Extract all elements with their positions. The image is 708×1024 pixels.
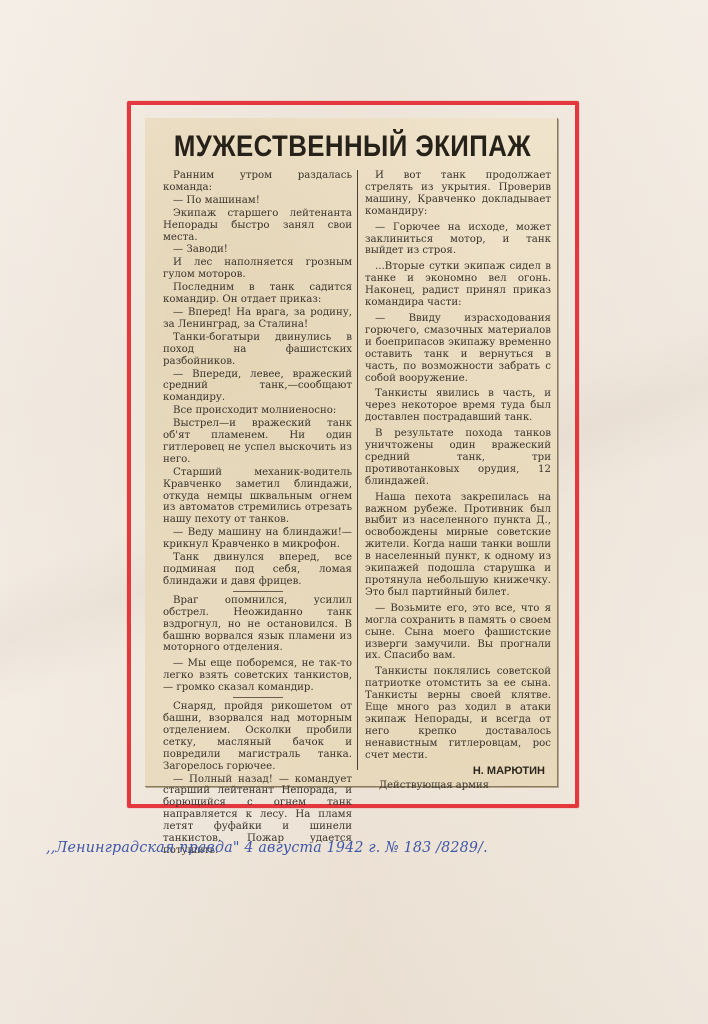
paragraph: — Горючее на исходе, может заклиниться м… [365, 222, 551, 258]
paragraph: Танк двинулся вперед, все подминая под с… [163, 552, 352, 588]
paragraph: Наша пехота закрепилась на важном рубеже… [365, 492, 551, 599]
paragraph: Враг опомнился, усилил обстрел. Неожидан… [163, 595, 352, 655]
paragraph: Танкисты явились в часть, и через некото… [365, 388, 551, 424]
paragraph: Снаряд, пройдя рикошетом от башни, взорв… [163, 701, 352, 772]
article-right-column: И вот танк продолжает стрелять из укрыти… [365, 170, 551, 791]
paragraph: — Ввиду израсходования горючего, смазочн… [365, 313, 551, 384]
paragraph: — По машинам! [163, 195, 352, 207]
article-headline: МУЖЕСТВЕННЫЙ ЭКИПАЖ [174, 130, 528, 164]
paragraph: — Мы еще поборемся, не так-то легко взят… [163, 658, 352, 694]
paragraph: Последним в танк садится командир. Он от… [163, 282, 352, 306]
section-rule [233, 591, 283, 592]
paragraph: И вот танк продолжает стрелять из укрыти… [365, 170, 551, 218]
paragraph: Ранним утром раздалась команда: [163, 170, 352, 194]
newspaper-clipping: МУЖЕСТВЕННЫЙ ЭКИПАЖ Ранним утром раздала… [145, 118, 558, 787]
paragraph: Выстрел—и вражеский танк об'ят пламенем.… [163, 418, 352, 466]
paragraph: — Заводи! [163, 244, 352, 256]
author-signature: Н. МАРЮТИН [365, 766, 551, 778]
paragraph: ...Вторые сутки экипаж сидел в танке и э… [365, 261, 551, 309]
paragraph: — Возьмите его, это все, что я могла сох… [365, 603, 551, 663]
paragraph: Экипаж старшего лейтенанта Непорады быст… [163, 208, 352, 244]
paragraph: Все происходит молниеносно: [163, 405, 352, 417]
paragraph: Танки-богатыри двинулись в поход на фаши… [163, 332, 352, 368]
paragraph: — Впереди, левее, вражеский средний танк… [163, 369, 352, 405]
column-divider [357, 170, 358, 770]
paragraph: — Веду машину на блиндажи!— крикнул Крав… [163, 527, 352, 551]
handwritten-source-note: ,,Ленинградская правда" 4 августа 1942 г… [46, 838, 493, 856]
paragraph: И лес наполняется грозным гулом моторов. [163, 257, 352, 281]
paragraph: Старший механик-водитель Кравченко замет… [163, 467, 352, 527]
paragraph: В результате похода танков уничтожены од… [365, 428, 551, 488]
article-left-column: Ранним утром раздалась команда: — По маш… [163, 170, 352, 858]
dateline: Действующая армия [365, 780, 551, 792]
paragraph: — Вперед! На врага, за родину, за Ленинг… [163, 307, 352, 331]
paragraph: Танкисты поклялись советской патриотке о… [365, 666, 551, 761]
section-rule [233, 697, 283, 698]
